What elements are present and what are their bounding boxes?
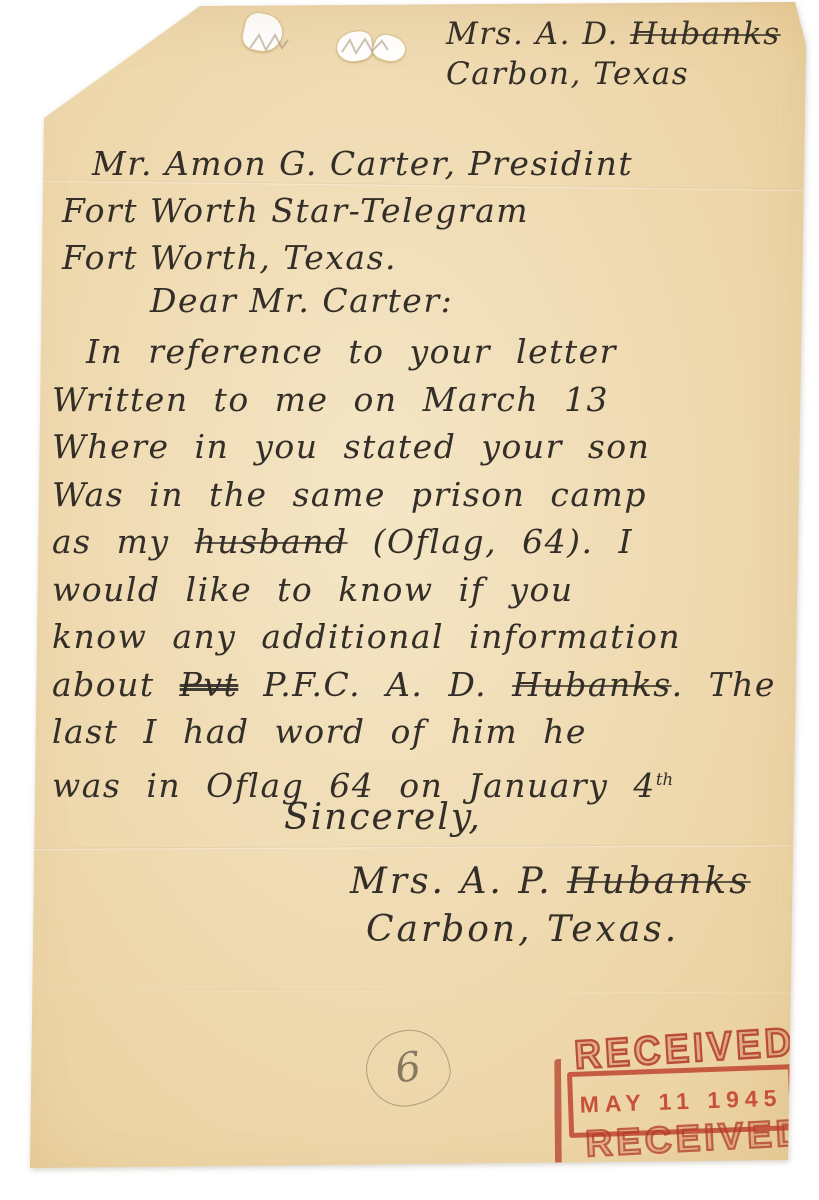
- crossed-word: Hubanks: [512, 665, 672, 704]
- letter-body: In reference to your letter Written to m…: [52, 328, 776, 809]
- struck-word: Pvt: [180, 665, 239, 704]
- body-line: last I had word of him he: [52, 708, 776, 756]
- body-text: (Oflag, 64). I: [348, 522, 633, 561]
- salutation: Dear Mr. Carter:: [150, 281, 453, 320]
- stamp-date: MAY 11 1945: [579, 1084, 783, 1118]
- sender-block: Mrs. A. D. Hubanks Carbon, Texas: [446, 14, 781, 94]
- pencil-circle-annotation: 6: [361, 1025, 455, 1112]
- recipient-block: Mr. Amon G. Carter, Presidint Fort Worth…: [62, 140, 633, 281]
- body-text: about: [52, 665, 180, 704]
- crossed-word: husband: [195, 522, 348, 561]
- body-line: Where in you stated your son: [52, 423, 776, 471]
- pencil-scribble: [246, 18, 416, 63]
- letter-paper: Mrs. A. D. Hubanks Carbon, Texas Mr. Amo…: [0, 0, 819, 1200]
- body-line: would like to know if you: [52, 566, 776, 614]
- body-line: Written to me on March 13: [52, 376, 776, 424]
- body-text: as my: [52, 522, 195, 561]
- sender-name-line: Mrs. A. D. Hubanks: [446, 14, 781, 54]
- body-line: know any additional information: [52, 613, 776, 661]
- ordinal-suffix: th: [656, 770, 673, 789]
- recipient-line: Fort Worth, Texas.: [62, 234, 633, 281]
- pencil-number: 6: [392, 1043, 424, 1092]
- recipient-line: Fort Worth Star-Telegram: [62, 187, 633, 234]
- received-stamp: RECEIVED MAY 11 1945 RECEIVED: [558, 1030, 810, 1169]
- body-line: as my husband (Oflag, 64). I: [52, 518, 776, 566]
- body-line: about Pvt P.F.C. A. D. Hubanks. The: [52, 661, 776, 709]
- body-text: . The: [672, 665, 776, 704]
- scanned-letter: Mrs. A. D. Hubanks Carbon, Texas Mr. Amo…: [0, 0, 819, 1200]
- fold-crease: [0, 989, 819, 994]
- paper-shadow: Mrs. A. D. Hubanks Carbon, Texas Mr. Amo…: [0, 0, 819, 1200]
- signature-city: Carbon, Texas.: [366, 909, 679, 950]
- signature-name: Mrs. A. P. Hubanks: [350, 861, 751, 902]
- sender-city: Carbon, Texas: [446, 54, 781, 94]
- body-line: Was in the same prison camp: [52, 471, 776, 519]
- body-line: In reference to your letter: [52, 328, 776, 376]
- fold-crease: [0, 844, 819, 850]
- body-text: P.F.C. A. D.: [238, 665, 512, 704]
- signature-surname: Hubanks: [567, 861, 751, 902]
- sender-name: Mrs. A. D.: [446, 16, 630, 52]
- sender-surname: Hubanks: [630, 16, 780, 52]
- recipient-line: Mr. Amon G. Carter, Presidint: [62, 140, 633, 187]
- closing: Sincerely,: [284, 797, 482, 838]
- signature-text: Mrs. A. P.: [350, 861, 567, 902]
